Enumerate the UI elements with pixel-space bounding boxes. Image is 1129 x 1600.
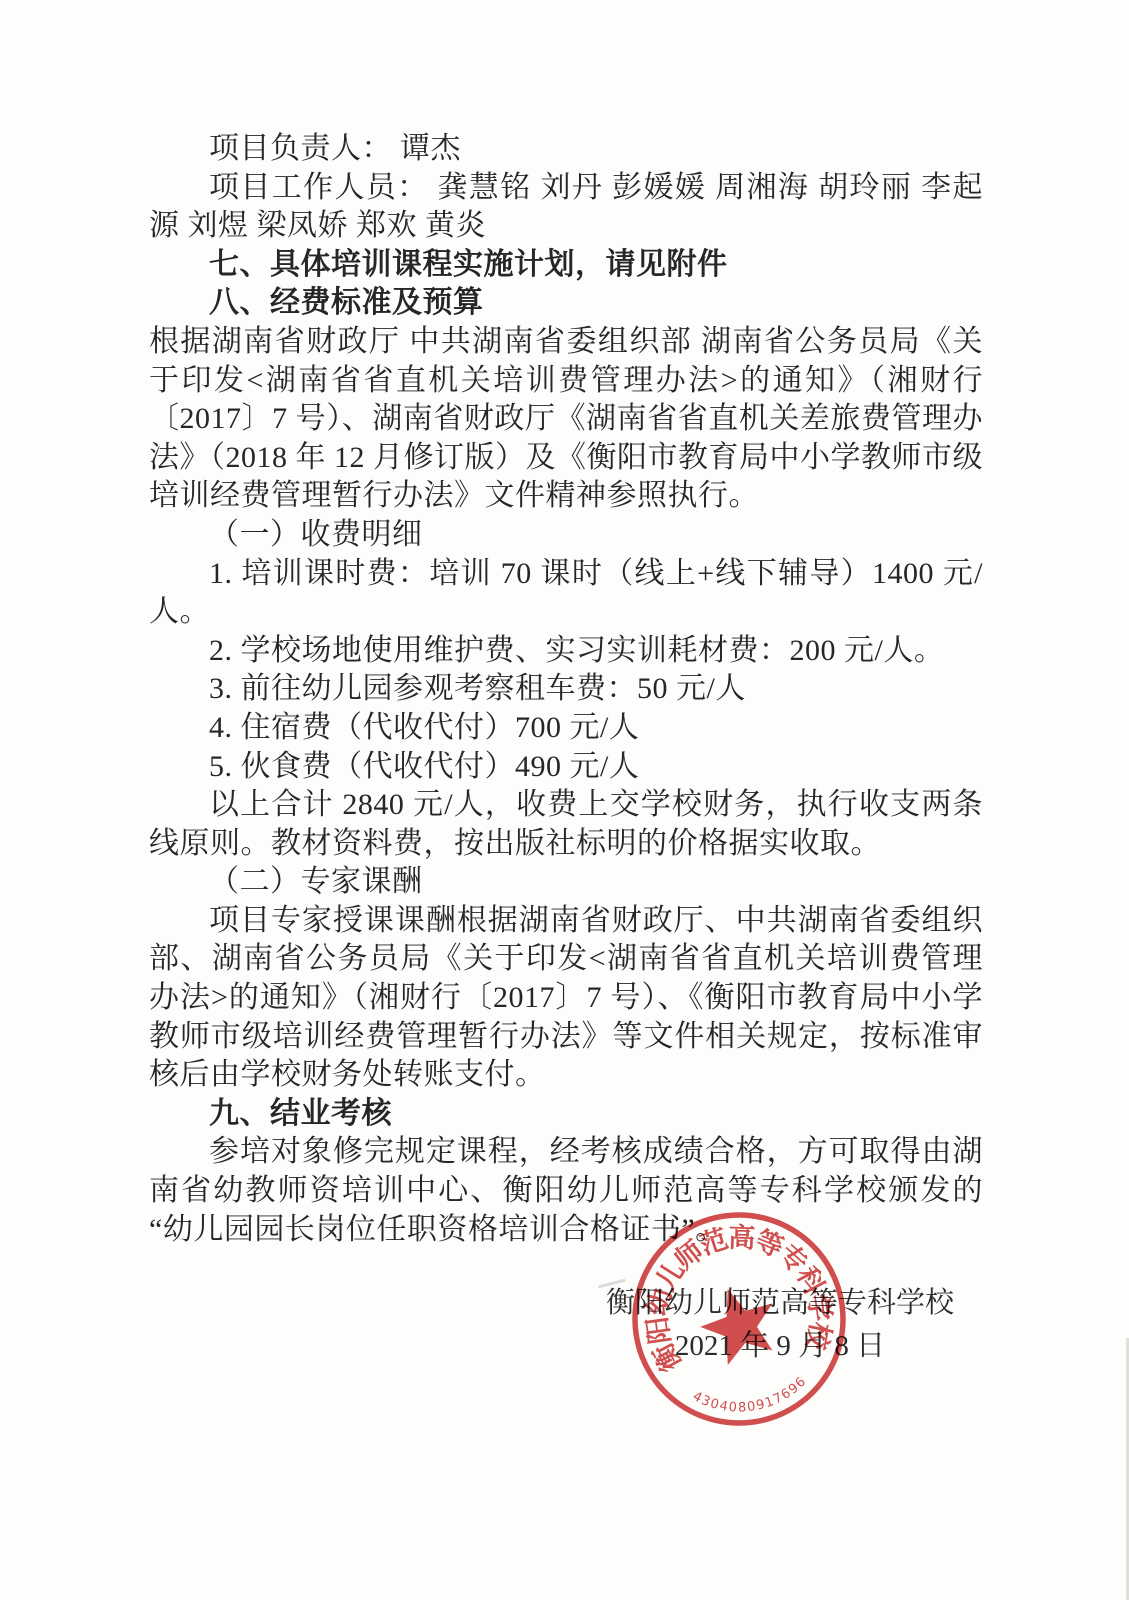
funding-basis-paragraph: 根据湖南省财政厅 中共湖南省委组织部 湖南省公务员局《关于印发<湖南省省直机关培… xyxy=(149,323,983,516)
expert-pay-subheading: （二）专家课酬 xyxy=(149,863,983,902)
svg-text:校: 校 xyxy=(801,1320,836,1354)
assessment-paragraph: 参培对象修完规定课程，经考核成绩合格，方可取得由湖南省幼教师资培训中心、衡阳幼儿… xyxy=(149,1133,983,1249)
fee-item-4: 4. 住宿费（代收代付）700 元/人 xyxy=(149,709,983,748)
svg-text:学: 学 xyxy=(802,1292,835,1323)
svg-text:8: 8 xyxy=(738,1400,747,1415)
fee-item-1: 1. 培训课时费：培训 70 课时（线上+线下辅导）1400 元/人。 xyxy=(149,555,983,632)
scanned-document-page: 项目负责人： 谭杰 项目工作人员： 龚慧铭 刘丹 彭媛媛 周湘海 胡玲丽 李起源… xyxy=(0,0,1129,1600)
official-seal: 衡阳幼儿师范高等专科学校 4304080917696 xyxy=(611,1191,866,1446)
expert-pay-paragraph: 项目专家授课课酬根据湖南省财政厅、中共湖南省委组织部、湖南省公务员局《关于印发<… xyxy=(149,902,983,1095)
fee-item-3: 3. 前往幼儿园参观考察租车费：50 元/人 xyxy=(149,670,983,709)
section-9-heading: 九、结业考核 xyxy=(149,1095,983,1134)
document-body: 项目负责人： 谭杰 项目工作人员： 龚慧铭 刘丹 彭媛媛 周湘海 胡玲丽 李起源… xyxy=(149,130,983,1249)
section-7-heading: 七、具体培训课程实施计划，请见附件 xyxy=(149,246,983,285)
svg-text:0: 0 xyxy=(728,1400,737,1416)
project-leader-line: 项目负责人： 谭杰 xyxy=(149,130,983,169)
fee-item-2: 2. 学校场地使用维护费、实习实训耗材费：200 元/人。 xyxy=(149,632,983,671)
fee-total-paragraph: 以上合计 2840 元/人，收费上交学校财务，执行收支两条线原则。教材资料费，按… xyxy=(149,786,983,863)
svg-text:4: 4 xyxy=(718,1398,729,1414)
project-staff-line: 项目工作人员： 龚慧铭 刘丹 彭媛媛 周湘海 胡玲丽 李起源 刘煜 梁凤娇 郑欢… xyxy=(149,169,983,246)
svg-text:阳: 阳 xyxy=(642,1315,675,1346)
section-8-heading: 八、经费标准及预算 xyxy=(149,284,983,323)
fee-item-5: 5. 伙食费（代收代付）490 元/人 xyxy=(149,748,983,787)
seal-star xyxy=(692,1277,787,1369)
svg-text:高: 高 xyxy=(728,1222,756,1254)
fee-details-subheading: （一）收费明细 xyxy=(149,516,983,555)
